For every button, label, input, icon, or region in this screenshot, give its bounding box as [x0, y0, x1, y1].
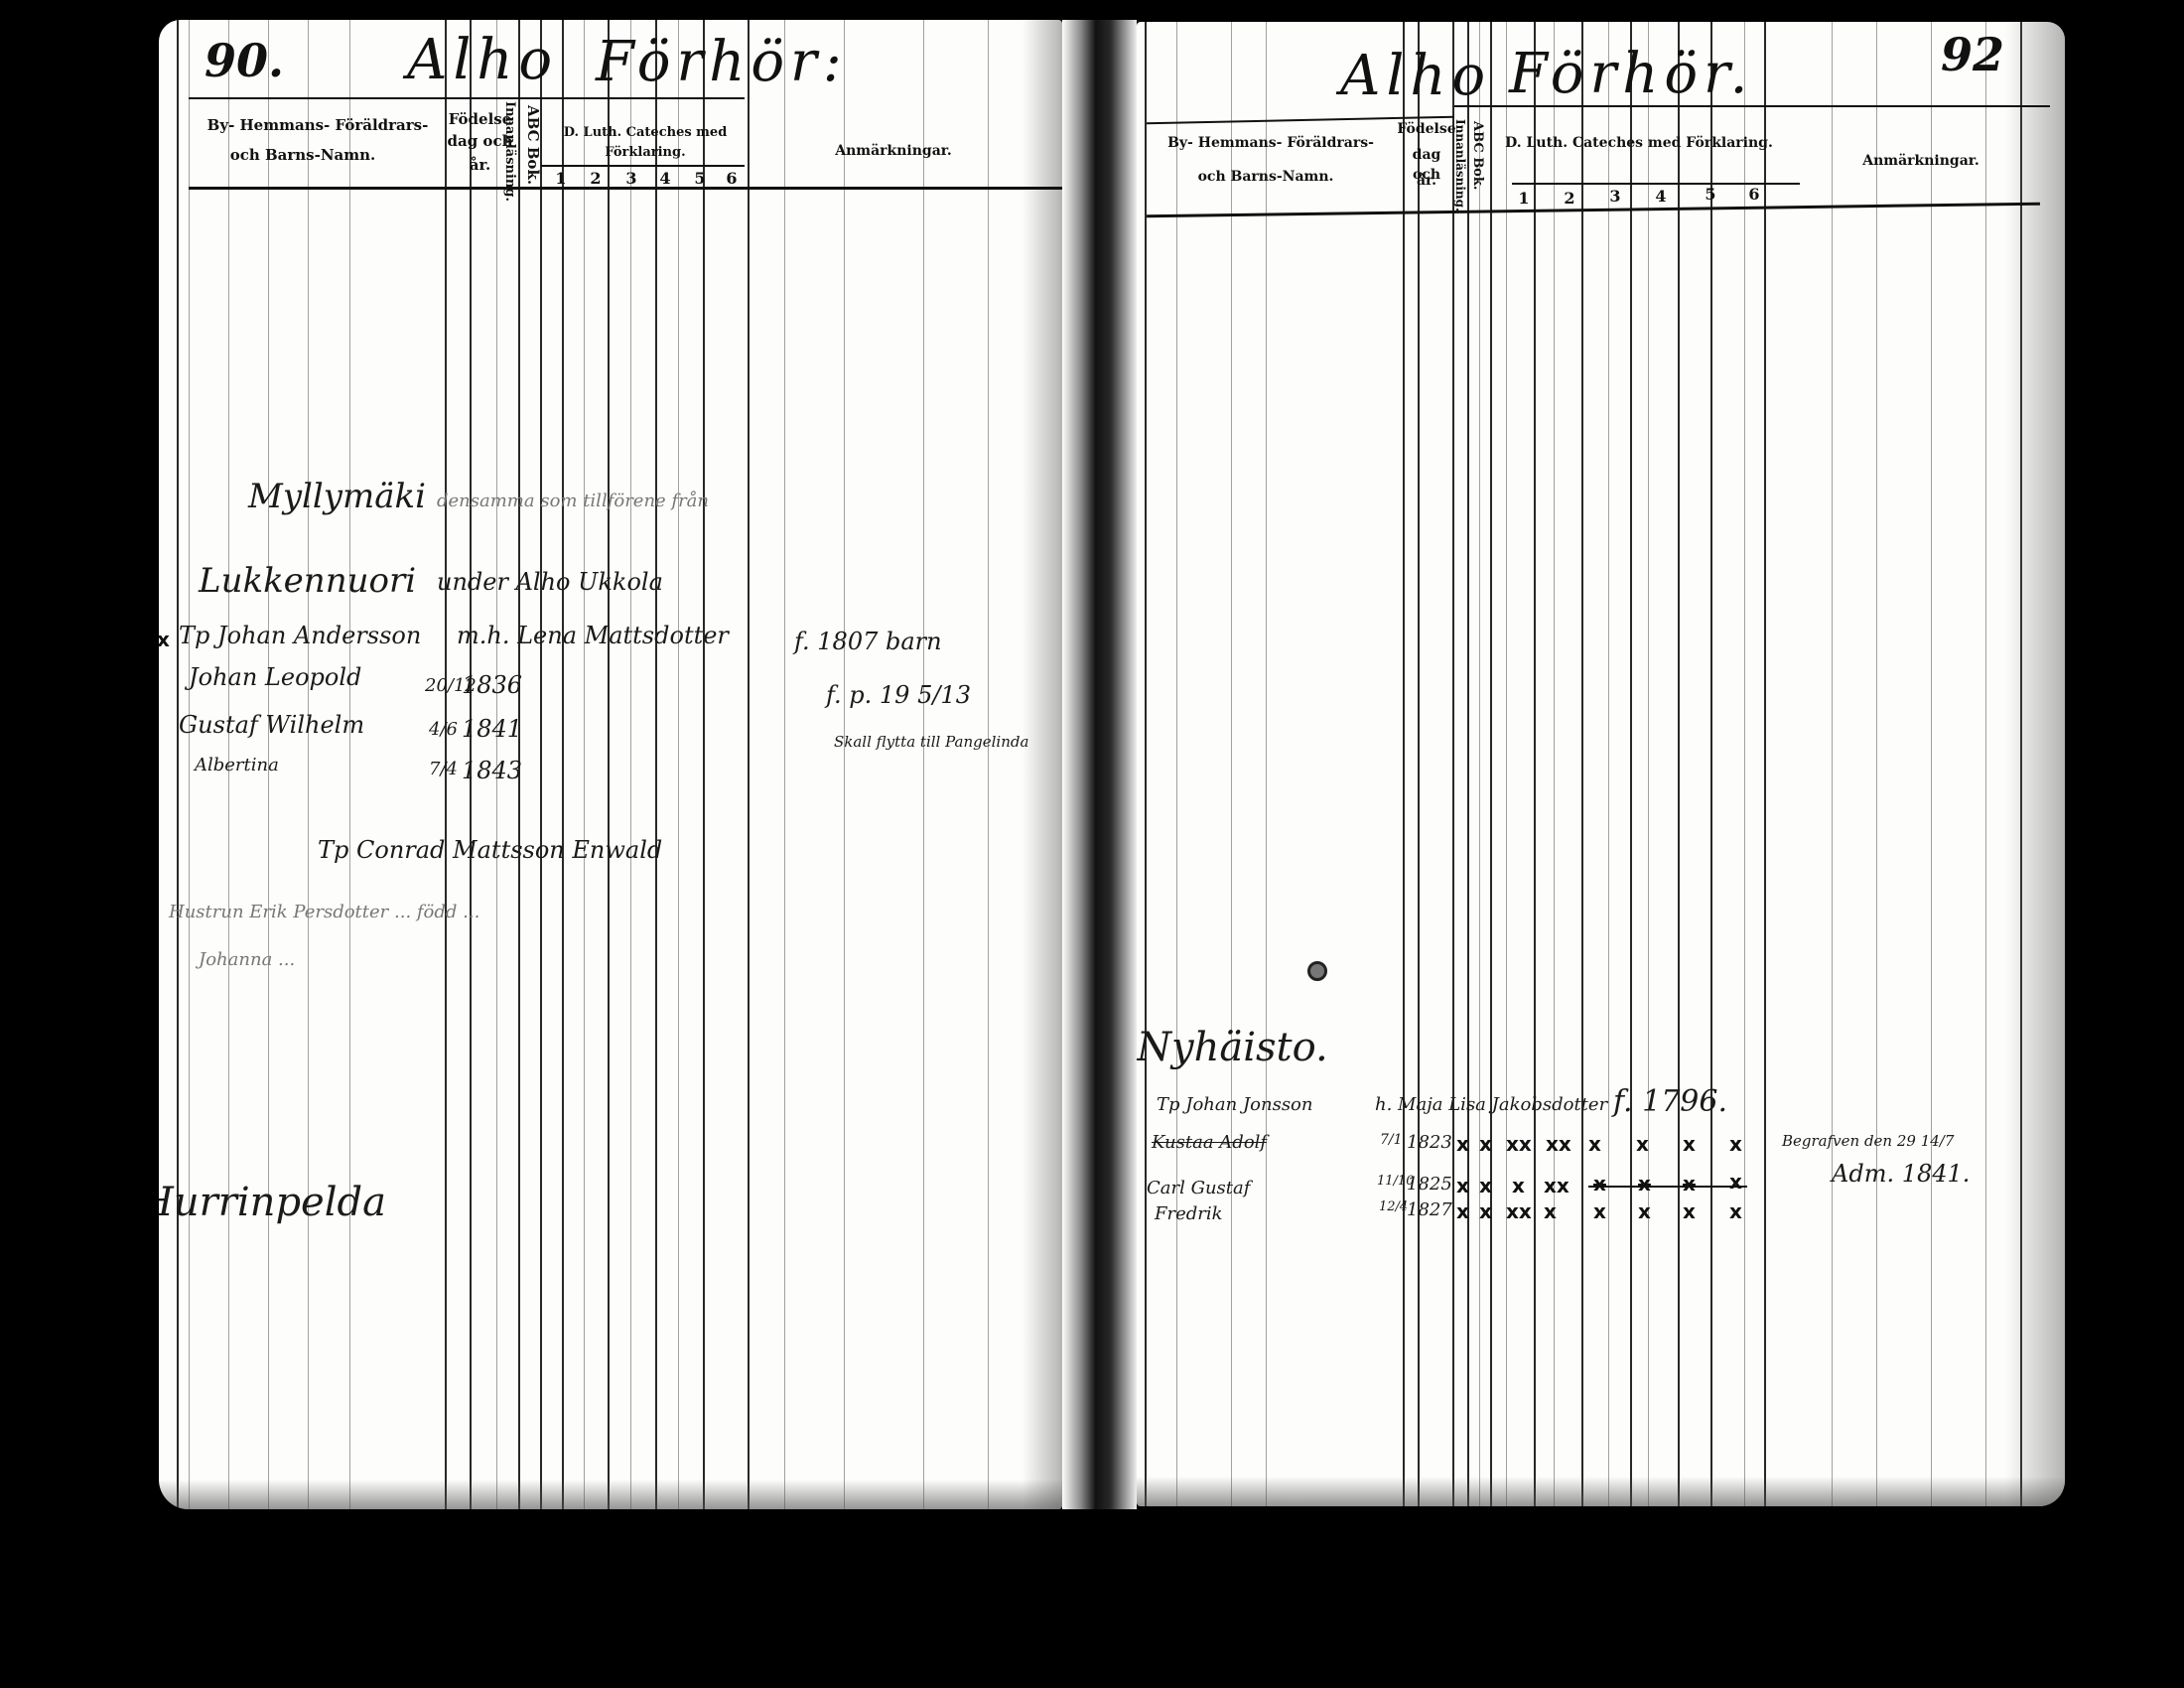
catechism-col-2: 2	[1560, 189, 1579, 208]
header-catechism: D. Luth. Cateches med Förklaring.	[1490, 133, 1788, 153]
child-birth-year: 1827	[1407, 1199, 1452, 1220]
entry-heading-myllymaki: Myllymäki	[248, 477, 426, 516]
entry-heading-nyhaisto: Nyhäisto.	[1137, 1025, 1328, 1070]
page-title-place: Alho	[1340, 44, 1491, 108]
catechism-mark: x	[1729, 1132, 1742, 1156]
catechism-col-4: 4	[1651, 187, 1671, 206]
folio-number: 90.	[205, 34, 284, 87]
remark-2: Skall flytta till Pangelinda	[834, 733, 1028, 751]
remark-2: Adm. 1841.	[1832, 1160, 1970, 1188]
family-year: f. 1796.	[1613, 1084, 1727, 1119]
child-name: Albertina	[195, 755, 279, 775]
header-names-line2: och Barns-Namn.	[1166, 167, 1365, 187]
catechism-col-2: 2	[586, 169, 606, 188]
family-wife: m.h. Lena Mattsdotter	[457, 622, 729, 649]
catechism-mark: x	[1512, 1174, 1525, 1197]
catechism-mark: x	[1479, 1199, 1492, 1223]
child-name: Gustaf Wilhelm	[179, 711, 364, 739]
catechism-col-3: 3	[621, 169, 641, 188]
header-birth-line1: Födelse	[1397, 119, 1456, 139]
catechism-mark: x	[1638, 1172, 1651, 1196]
header-remarks: Anmärkningar.	[804, 141, 983, 161]
child-birth-year: 1825	[1407, 1174, 1452, 1195]
entry-note-1: densamma som tillförene från	[437, 491, 709, 511]
child-name: Kustaa Adolf	[1152, 1132, 1267, 1153]
catechism-mark: x	[1729, 1170, 1742, 1194]
remark-1: f. p. 19 5/13	[826, 681, 971, 709]
catechism-mark: x	[1479, 1174, 1492, 1197]
child-birth-day: 4/6	[429, 719, 458, 740]
entry-heading-hurrinpelda: Hurrinpelda	[159, 1180, 386, 1225]
faint-line-2: Johanna ...	[199, 949, 295, 970]
catechism-col-1: 1	[1514, 189, 1534, 208]
page-title-place: Alho	[407, 28, 558, 92]
family-year: f. 1807 barn	[794, 628, 942, 655]
entry-note-2: under Alho Ukkola	[437, 568, 663, 596]
entry-heading-lukkennuori: Lukkennuori	[199, 561, 416, 601]
catechism-mark: xx	[1506, 1199, 1532, 1223]
faint-line-1: Hustrun Erik Persdotter ... född ...	[169, 902, 479, 922]
catechism-mark: x	[1683, 1172, 1696, 1196]
catechism-col-5: 5	[690, 169, 710, 188]
header-innanlasning: Innanläsning.	[502, 101, 517, 202]
header-innanlasning: Innanläsning.	[1453, 119, 1467, 211]
catechism-mark: x	[1729, 1199, 1742, 1223]
header-remarks: Anmärkningar.	[1832, 151, 2010, 171]
row-marker: x	[159, 628, 170, 651]
child-name: Fredrik	[1155, 1203, 1223, 1224]
child-birth-year: 1836	[462, 671, 522, 699]
child-birth-year: 1843	[462, 757, 522, 784]
child-birth-year: 1841	[462, 715, 522, 743]
book-spine	[1062, 20, 1137, 1509]
page-title-word: Förhör.	[1509, 42, 1753, 106]
catechism-col-1: 1	[551, 169, 571, 188]
header-names-line2: och Barns-Namn.	[194, 145, 412, 165]
catechism-col-3: 3	[1605, 187, 1625, 206]
page-title-word: Förhör:	[596, 30, 848, 94]
catechism-col-5: 5	[1701, 185, 1720, 204]
child-name: Johan Leopold	[189, 663, 361, 691]
header-birth-line3: år.	[1397, 171, 1456, 191]
catechism-mark: x	[1544, 1199, 1557, 1223]
catechism-mark: x	[1588, 1132, 1601, 1156]
catechism-mark: x	[1479, 1132, 1492, 1156]
catechism-mark: xx	[1546, 1132, 1571, 1156]
header-names-line1: By- Hemmans- Föräldrars-	[184, 115, 452, 135]
folio-number: 92	[1941, 28, 2004, 81]
entry-heading-conrad: Tp Conrad Mattsson Enwald	[318, 836, 662, 864]
family-wife: h. Maja Lisa Jakobsdotter	[1375, 1094, 1607, 1115]
child-name: Carl Gustaf	[1147, 1178, 1250, 1198]
remark-1: Begrafven den 29 14/7	[1782, 1132, 1954, 1150]
catechism-mark: xx	[1544, 1174, 1570, 1197]
catechism-mark: x	[1638, 1199, 1651, 1223]
header-catechism: D. Luth. Cateches med Förklaring.	[541, 123, 750, 163]
catechism-mark: x	[1683, 1132, 1696, 1156]
catechism-mark: x	[1456, 1199, 1469, 1223]
header-abc-bok: ABC Bok.	[524, 105, 542, 185]
left-page: 90. Alho Förhör: By- Hemmans- Föräldrars…	[159, 20, 1062, 1509]
right-page: Alho Förhör. 92 By- Hemmans- Föräldrars-…	[1137, 22, 2065, 1506]
child-birth-day: 12/4	[1379, 1199, 1408, 1214]
catechism-mark: x	[1593, 1199, 1606, 1223]
child-birth-day: 7/1	[1380, 1132, 1403, 1148]
catechism-col-6: 6	[722, 169, 742, 188]
catechism-mark: x	[1683, 1199, 1696, 1223]
child-birth-day: 7/4	[429, 759, 458, 779]
catechism-col-6: 6	[1744, 185, 1764, 204]
catechism-mark: x	[1456, 1132, 1469, 1156]
catechism-mark: x	[1593, 1172, 1606, 1196]
catechism-col-4: 4	[655, 169, 675, 188]
header-names-line1: By- Hemmans- Föräldrars-	[1142, 133, 1400, 153]
family-head: Tp Johan Jonsson	[1157, 1094, 1313, 1115]
catechism-mark: xx	[1506, 1132, 1532, 1156]
catechism-mark: x	[1456, 1174, 1469, 1197]
catechism-mark: x	[1636, 1132, 1649, 1156]
paper-hole	[1307, 961, 1327, 981]
family-head: Tp Johan Andersson	[179, 622, 421, 649]
header-abc-bok: ABC Bok.	[1470, 121, 1485, 190]
child-birth-year: 1823	[1407, 1132, 1452, 1153]
